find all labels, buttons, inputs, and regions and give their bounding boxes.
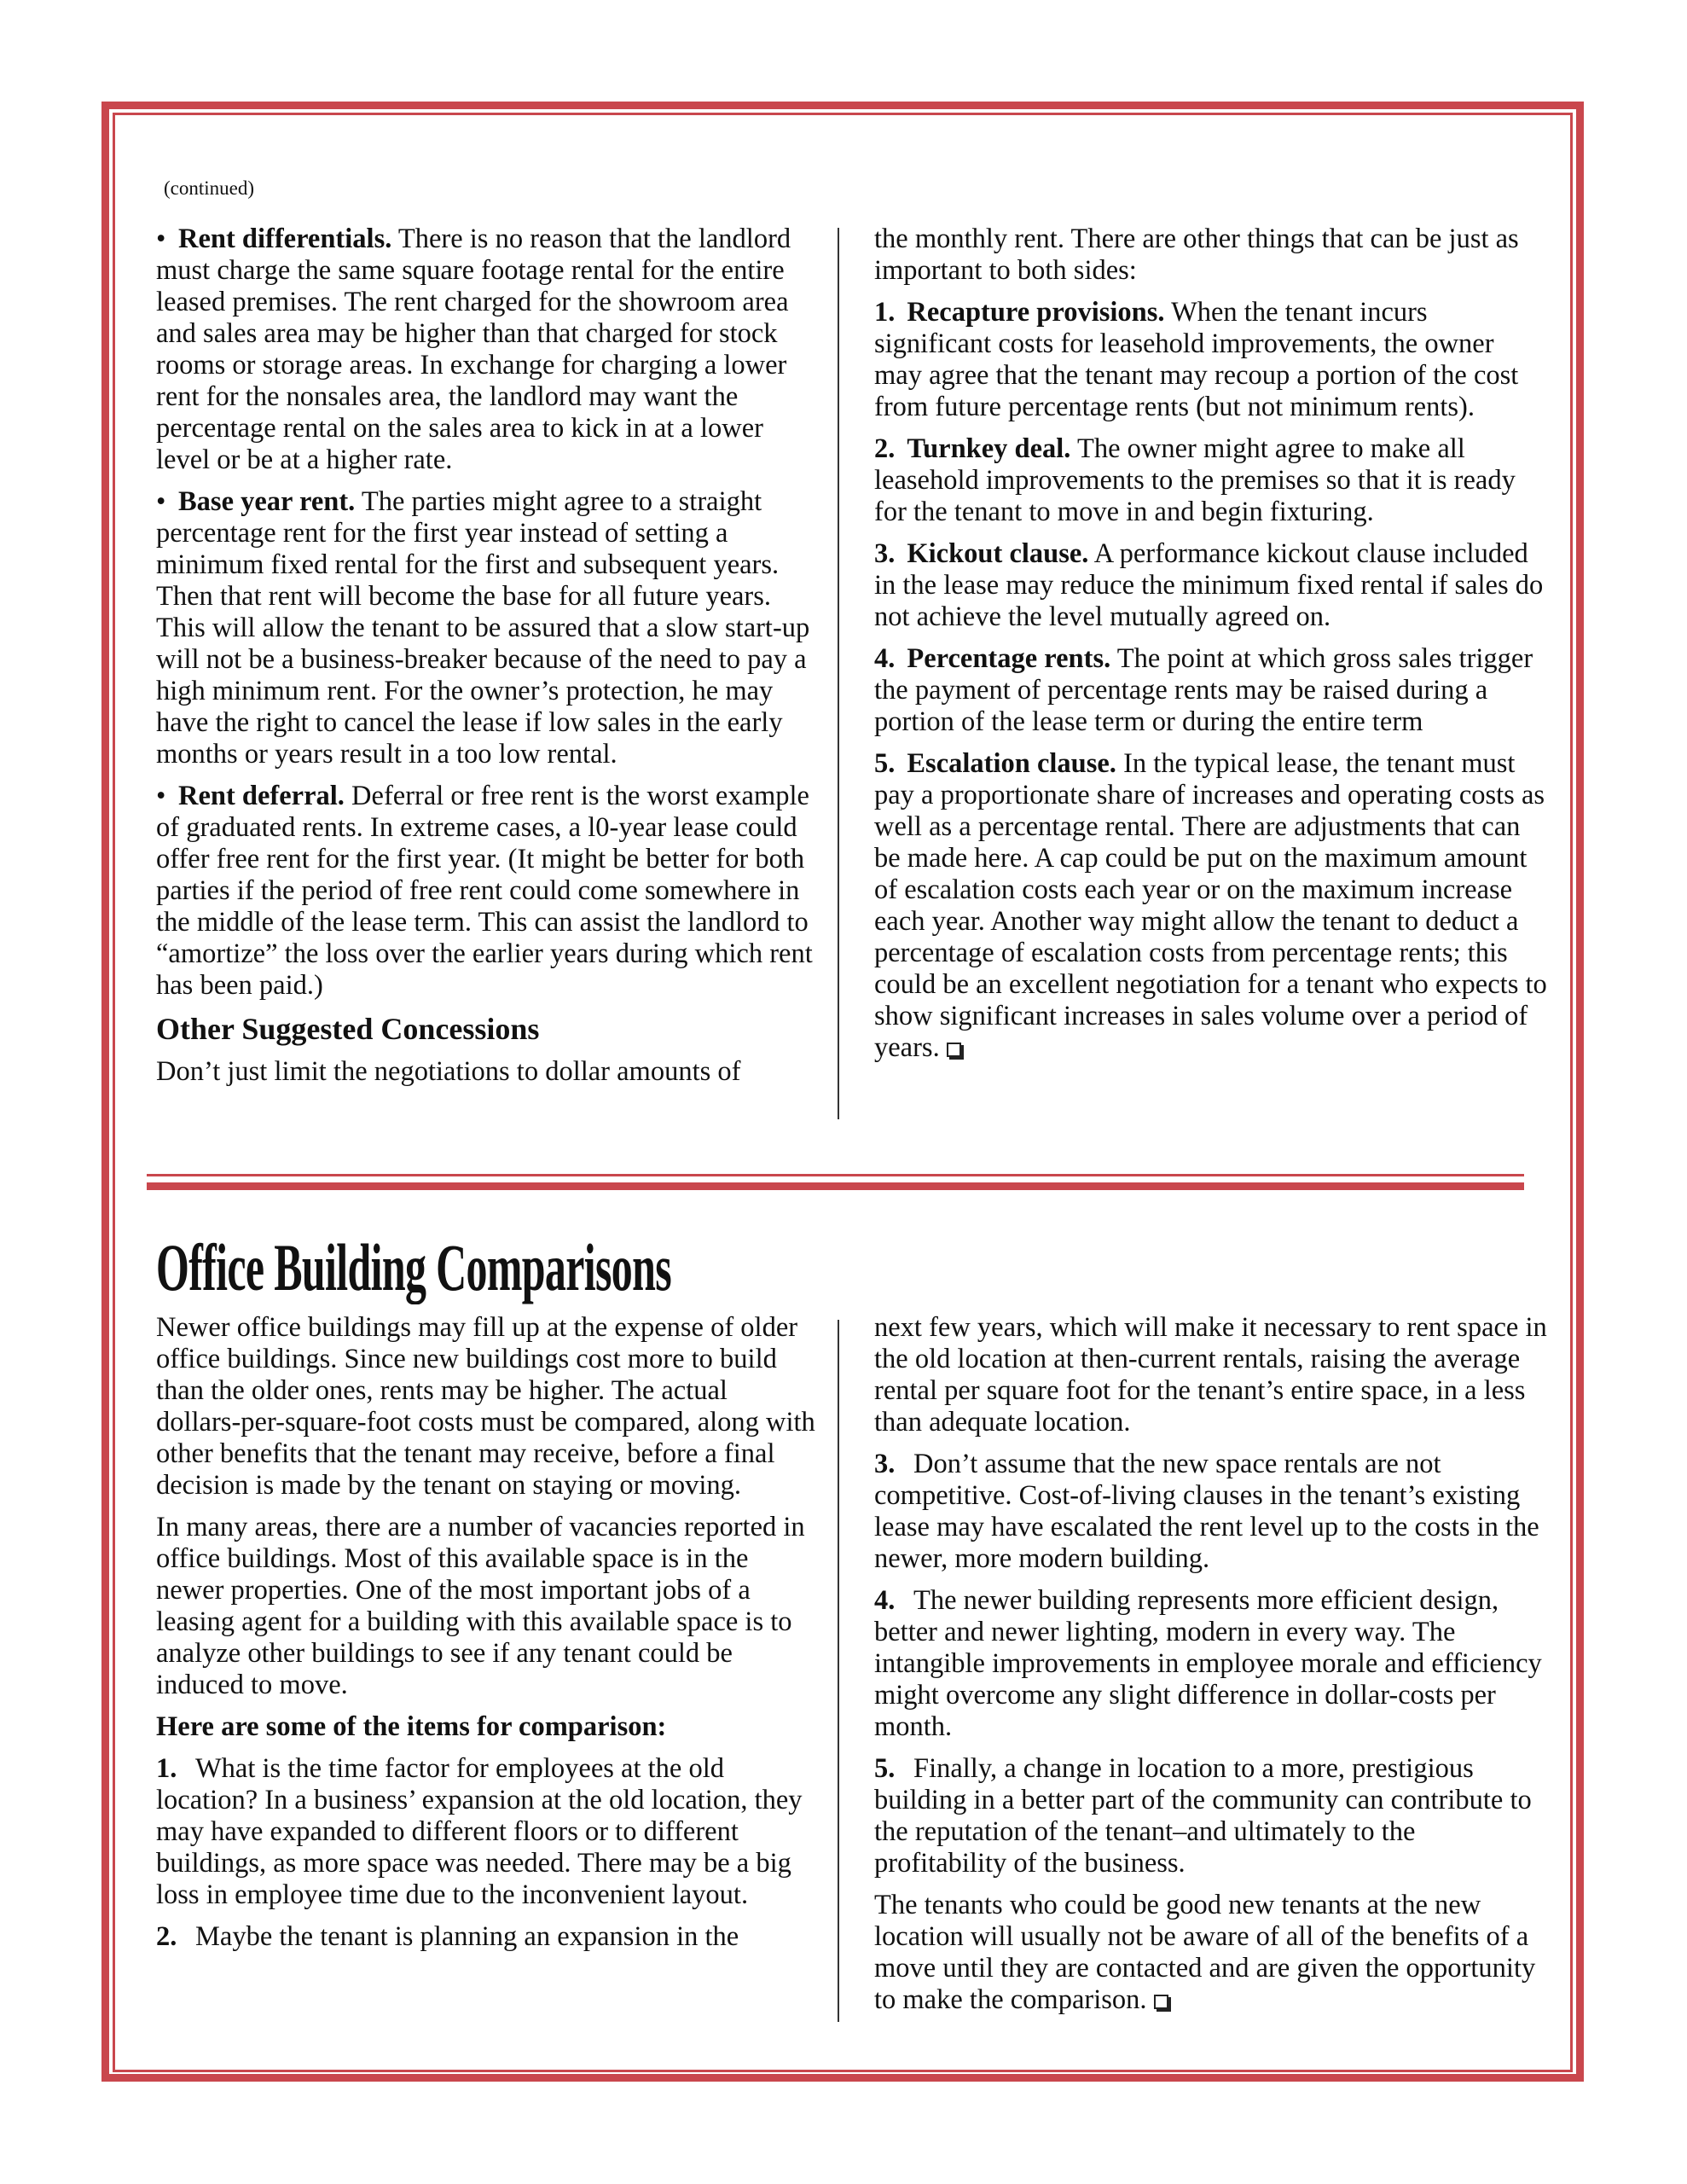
item-text: The parties might agree to a straight pe… xyxy=(156,486,809,770)
item-text: Maybe the tenant is planning an expansio… xyxy=(195,1921,739,1952)
bottom-right-column: next few years, which will make it neces… xyxy=(874,1312,1548,2026)
bullet-item: •Base year rent. The parties might agree… xyxy=(156,486,813,770)
list-heading: Here are some of the items for compariso… xyxy=(156,1711,817,1743)
column-rule-bottom xyxy=(838,1320,839,2022)
paragraph: next few years, which will make it neces… xyxy=(874,1312,1548,1438)
item-text: The newer building represents more effic… xyxy=(874,1585,1542,1742)
bullet-item: •Rent deferral. Deferral or free rent is… xyxy=(156,781,813,1002)
numbered-item: 3.Don’t assume that the new space rental… xyxy=(874,1449,1548,1575)
item-lead: Rent differentials. xyxy=(178,224,391,254)
numbered-item: 4.The newer building represents more eff… xyxy=(874,1585,1548,1743)
numbered-item: 4.Percentage rents. The point at which g… xyxy=(874,643,1548,738)
closing-text: The tenants who could be good new tenant… xyxy=(874,1890,1535,2015)
bullet-icon: • xyxy=(156,224,178,255)
item-number: 1. xyxy=(874,297,895,328)
item-text: What is the time factor for employees at… xyxy=(156,1753,803,1910)
bottom-left-column: Newer office buildings may fill up at th… xyxy=(156,1312,817,1963)
numbered-item: 2.Maybe the tenant is planning an expans… xyxy=(156,1921,817,1953)
paragraph: In many areas, there are a number of vac… xyxy=(156,1512,817,1701)
numbered-item: 3.Kickout clause. A performance kickout … xyxy=(874,538,1548,633)
paragraph: the monthly rent. There are other things… xyxy=(874,224,1548,287)
numbered-item: 2.Turnkey deal. The owner might agree to… xyxy=(874,433,1548,528)
item-text: In the typical lease, the tenant must pa… xyxy=(874,748,1547,1063)
subheading: Other Suggested Concessions xyxy=(156,1012,813,1046)
bullet-icon: • xyxy=(156,781,178,812)
top-right-column: the monthly rent. There are other things… xyxy=(874,224,1548,1074)
paragraph: The tenants who could be good new tenant… xyxy=(874,1890,1548,2016)
column-rule-top xyxy=(838,228,839,1119)
numbered-item: 5.Escalation clause. In the typical leas… xyxy=(874,748,1548,1064)
item-text: Deferral or free rent is the worst examp… xyxy=(156,781,813,1001)
square-end-icon xyxy=(1154,1995,1168,2009)
item-number: 2. xyxy=(874,433,895,464)
item-lead: Base year rent. xyxy=(178,486,355,517)
top-left-column: •Rent differentials. There is no reason … xyxy=(156,224,813,1098)
paragraph: Don’t just limit the negotiations to dol… xyxy=(156,1056,813,1088)
bullet-item: •Rent differentials. There is no reason … xyxy=(156,224,813,476)
item-lead: Turnkey deal. xyxy=(907,433,1070,464)
item-number: 3. xyxy=(874,538,895,569)
section-divider-thin xyxy=(147,1174,1524,1176)
item-number: 5. xyxy=(874,748,895,779)
item-number: 3. xyxy=(874,1449,913,1480)
item-text: Don’t assume that the new space rentals … xyxy=(874,1449,1539,1574)
item-number: 5. xyxy=(874,1753,913,1785)
paragraph: Newer office buildings may fill up at th… xyxy=(156,1312,817,1501)
item-number: 2. xyxy=(156,1921,195,1953)
item-text: Finally, a change in location to a more,… xyxy=(874,1753,1532,1879)
numbered-item: 5.Finally, a change in location to a mor… xyxy=(874,1753,1548,1879)
numbered-item: 1.Recapture provisions. When the tenant … xyxy=(874,297,1548,423)
item-lead: Kickout clause. xyxy=(907,538,1088,569)
item-text: There is no reason that the landlord mus… xyxy=(156,224,791,475)
item-number: 1. xyxy=(156,1753,195,1785)
section-title: Office Building Comparisons xyxy=(156,1234,671,1302)
item-number: 4. xyxy=(874,1585,913,1617)
continued-label: (continued) xyxy=(164,176,254,201)
numbered-item: 1.What is the time factor for employees … xyxy=(156,1753,817,1911)
square-end-icon xyxy=(947,1043,961,1057)
item-lead: Escalation clause. xyxy=(907,748,1116,779)
item-lead: Percentage rents. xyxy=(907,643,1110,674)
item-lead: Recapture provisions. xyxy=(907,297,1164,328)
section-divider-thick xyxy=(147,1182,1524,1190)
bullet-icon: • xyxy=(156,486,178,518)
item-lead: Rent deferral. xyxy=(178,781,345,811)
item-number: 4. xyxy=(874,643,895,674)
